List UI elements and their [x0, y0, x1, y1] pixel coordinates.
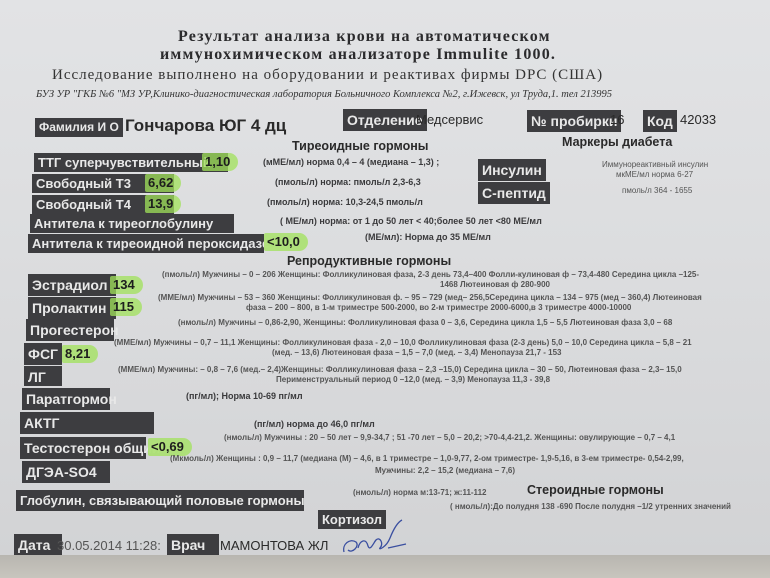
anti-tpo-value: <10,0 [264, 233, 308, 251]
department-value: Медсервис [416, 112, 483, 127]
steroid-section-title: Стероидные гормоны [527, 483, 664, 497]
patient-name: Гончарова ЮГ 4 дц [125, 116, 286, 136]
anti-tg-label: Антитела к тиреоглобулину [30, 214, 234, 233]
tsh-norm: (мМЕ/мл) норма 0,4 – 4 (медиана – 1,3) ; [263, 157, 439, 167]
department-label: Отделение [343, 109, 427, 131]
code-label: Код [643, 110, 677, 132]
shbg-norm: (нмоль/л) норма м:13-71; ж:11-112 [353, 488, 486, 497]
estradiol-norm-line2: 1468 Лютеиновая ф 280-900 [440, 280, 550, 289]
anti-tpo-norm: (МЕ/мл): Норма до 35 МЕ/мл [365, 232, 491, 242]
date-label: Дата [14, 534, 62, 555]
tube-number-value: 16 [610, 112, 624, 127]
tsh-label: ТТГ суперчувствительный [34, 153, 228, 172]
dhea-s-label: ДГЭА-SO4 [22, 461, 110, 483]
testosterone-norm: (нмоль/л) Мужчины : 20 – 50 лет – 9,9-34… [224, 433, 675, 442]
thyroid-section-title: Тиреоидные гормоны [292, 139, 428, 153]
estradiol-value: 134 [110, 276, 143, 294]
shbg-label: Глобулин, связывающий половые гормоны [16, 490, 304, 511]
fsh-norm-line1: (ММЕ/мл) Мужчины – 0,7 – 11,1 Женщины: Ф… [114, 338, 692, 347]
name-label: Фамилия И О [35, 118, 123, 137]
prolactin-norm-line1: (ММЕ/мл) Мужчины – 53 – 360 Женщины: Фол… [158, 293, 702, 302]
reproductive-section-title: Репродуктивные гормоны [287, 254, 451, 268]
c-peptide-norm: пмоль/л 364 - 1655 [622, 186, 692, 195]
lh-norm-line1: (ММЕ/мл) Мужчины: – 0,8 – 7,6 (мед.– 2,4… [118, 365, 682, 374]
free-t4-value: 13,9 [145, 195, 181, 213]
report-title-line1: Результат анализа крови на автоматическо… [178, 28, 551, 46]
lab-report-sheet: Результат анализа крови на автоматическо… [0, 0, 770, 555]
diabetes-section-title: Маркеры диабета [562, 135, 672, 149]
estradiol-label: Эстрадиол [28, 274, 116, 296]
doctor-name: МАМОНТОВА ЖЛ [220, 538, 328, 553]
doctor-label: Врач [167, 534, 219, 555]
progesterone-norm: (нмоль/л) Мужчины – 0,86-2,90, Женщины: … [178, 318, 672, 327]
fsh-label: ФСГ [24, 343, 62, 365]
prolactin-value: 115 [110, 298, 142, 316]
report-subtitle: Исследование выполнено на оборудовании и… [52, 67, 603, 84]
acth-norm: (пг/мл) норма до 46,0 пг/мл [254, 419, 375, 429]
organization-line: БУЗ УР "ГКБ №6 "МЗ УР,Клинико-диагностич… [36, 89, 612, 100]
code-value: 42033 [680, 112, 716, 127]
table-surface [0, 555, 770, 578]
tube-number-label: № пробирки [527, 110, 621, 132]
dhea-s-norm-line2: Мужчины: 2,2 – 15,2 (медиана – 7,6) [375, 466, 515, 475]
lh-label: ЛГ [24, 366, 62, 386]
dhea-s-norm-line1: (Мкмоль/л) Женщины : 0,9 – 11,7 (медиана… [170, 454, 684, 463]
free-t4-norm: (пмоль/л) норма: 10,3-24,5 пмоль/л [267, 197, 423, 207]
signature-icon [340, 518, 410, 555]
anti-tg-norm: ( МЕ/мл) норма: от 1 до 50 лет < 40;боле… [280, 216, 542, 226]
cortisol-norm: ( нмоль/л):До полудня 138 -690 После пол… [450, 502, 731, 511]
parathormone-norm: (пг/мл); Норма 10-69 пг/мл [186, 391, 303, 401]
report-title-line2: иммунохимическом анализаторе Immulite 10… [160, 46, 556, 64]
anti-tpo-label: Антитела к тиреоидной пероксидазе [28, 234, 264, 253]
fsh-norm-line2: (мед. – 13,6) Лютеиновая фаза – 1,5 – 7,… [272, 348, 561, 357]
fsh-value: 8,21 [62, 345, 98, 363]
insulin-norm-line1: Иммунореактивный инсулин [602, 160, 708, 169]
estradiol-norm-line1: (пмоль/л) Мужчины – 0 – 206 Женщины: Фол… [162, 270, 699, 279]
parathormone-label: Паратгормон [22, 388, 110, 410]
lh-norm-line2: Перименструальный период 0 –12,0 (мед. –… [276, 375, 550, 384]
prolactin-label: Пролактин [28, 297, 116, 319]
prolactin-norm-line2: фаза – 200 – 800, в 1-м триместре 500-20… [246, 303, 631, 312]
acth-label: АКТГ [20, 412, 154, 434]
insulin-label: Инсулин [478, 159, 546, 181]
tsh-value: 1,10 [202, 153, 238, 171]
insulin-norm-line2: мкМЕ/мл норма 6-27 [616, 170, 693, 179]
c-peptide-label: С-пептид [478, 182, 550, 204]
free-t3-value: 6,62 [145, 174, 181, 192]
date-value: 30.05.2014 11:28: [57, 538, 161, 553]
free-t3-norm: (пмоль/л) норма: пмоль/л 2,3-6,3 [275, 177, 421, 187]
testosterone-label: Тестостерон общий [20, 437, 146, 459]
progesterone-label: Прогестерон [26, 319, 114, 341]
